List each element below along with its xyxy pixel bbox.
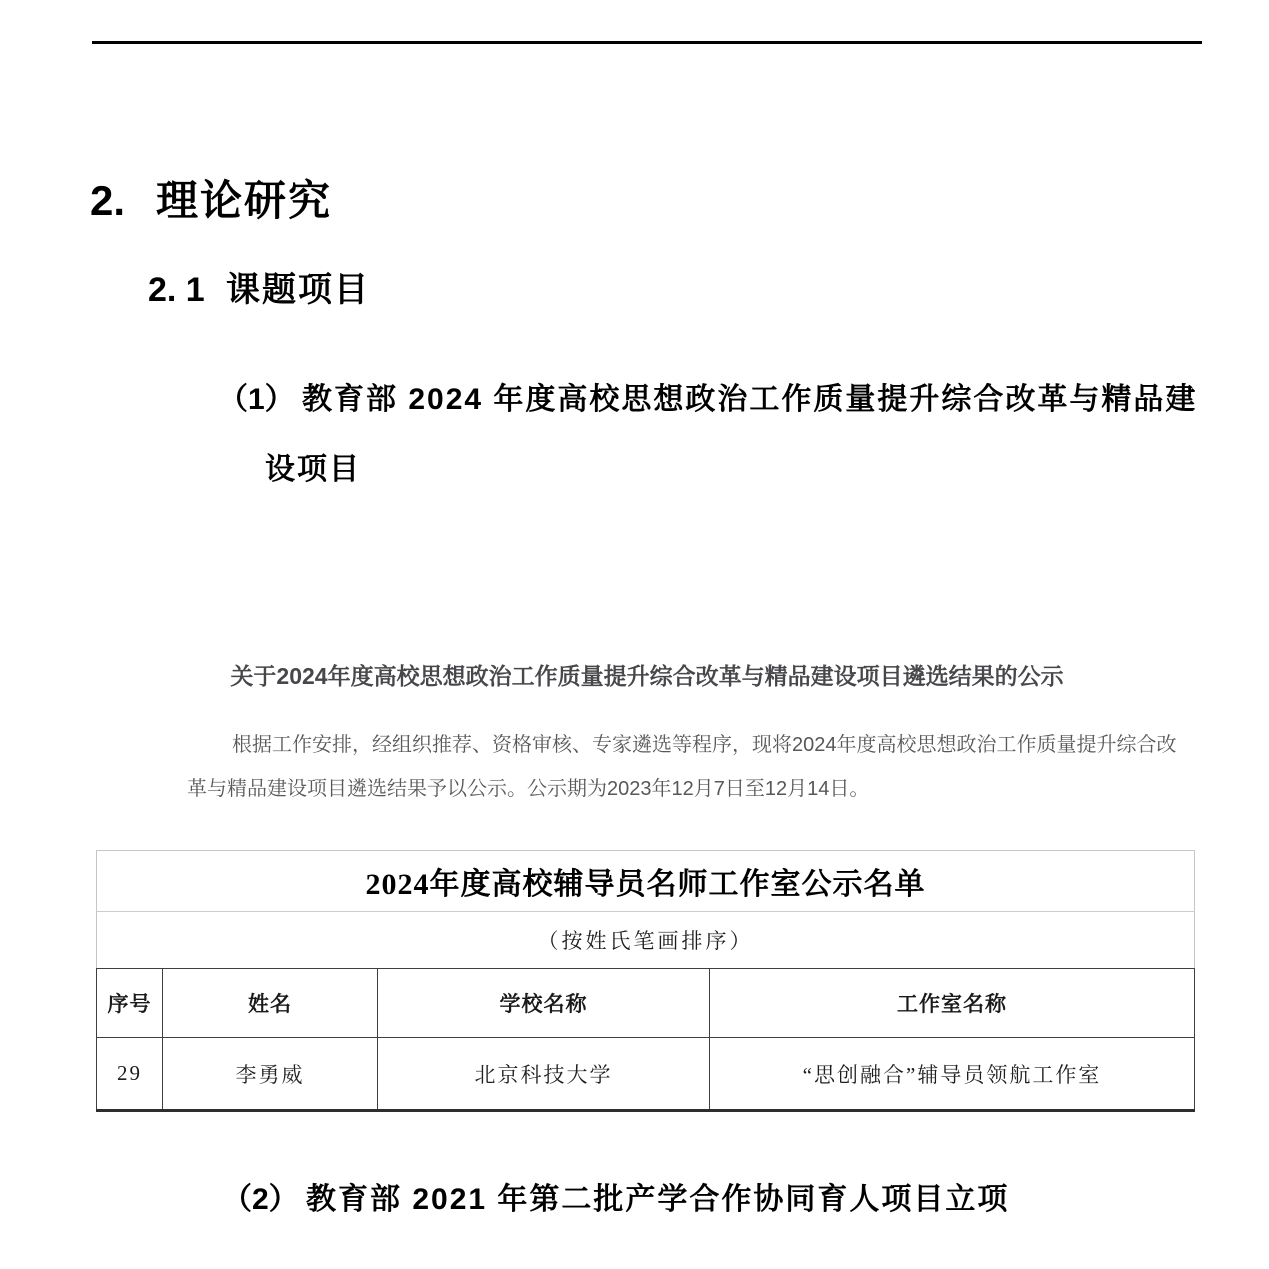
table-header-name: 姓名 [163, 969, 378, 1038]
table-cell-index: 29 [97, 1038, 163, 1111]
table-header-studio: 工作室名称 [710, 969, 1195, 1038]
announcement-body-line2: 革与精品建设项目遴选结果予以公示。公示期为2023年12月7日至12月14日。 [187, 767, 1177, 811]
section-title: 理论研究 [156, 177, 332, 224]
subsection-number: 2. 1 [148, 271, 226, 310]
table-subtitle: （按姓氏笔画排序） [96, 911, 1195, 968]
table-header-index: 序号 [97, 969, 163, 1038]
table-row: 29 李勇威 北京科技大学 “思创融合”辅导员领航工作室 [97, 1038, 1195, 1111]
table-cell-school: 北京科技大学 [378, 1038, 710, 1111]
list-item-1-line2: 设项目 [218, 435, 1197, 505]
list-item-2-text: 教育部 2021 年第二批产学合作协同育人项目立项 [306, 1183, 1009, 1216]
list-item-1-line1: （1）教育部 2024 年度高校思想政治工作质量提升综合改革与精品建 [218, 365, 1197, 435]
table-cell-name: 李勇威 [163, 1038, 378, 1111]
table-header-school: 学校名称 [378, 969, 710, 1038]
announcement-body: 根据工作安排，经组织推荐、资格审核、专家遴选等程序，现将2024年度高校思想政治… [187, 723, 1177, 811]
announcement-body-line1: 根据工作安排，经组织推荐、资格审核、专家遴选等程序，现将2024年度高校思想政治… [187, 723, 1177, 767]
document-page: 2.理论研究 2. 1课题项目 （1）教育部 2024 年度高校思想政治工作质量… [0, 0, 1269, 1269]
header-rule [92, 41, 1202, 44]
section-number: 2. [90, 177, 156, 225]
announcement-table: 2024年度高校辅导员名师工作室公示名单 （按姓氏笔画排序） 序号 姓名 学校名… [96, 850, 1195, 1112]
list-item-2-marker: （2） [222, 1165, 306, 1235]
announcement-title: 关于2024年度高校思想政治工作质量提升综合改革与精品建设项目遴选结果的公示 [92, 658, 1202, 691]
section-heading: 2.理论研究 [90, 168, 332, 228]
table-cell-studio: “思创融合”辅导员领航工作室 [710, 1038, 1195, 1111]
table-title: 2024年度高校辅导员名师工作室公示名单 [96, 850, 1195, 911]
list-item-2-heading: （2）教育部 2021 年第二批产学合作协同育人项目立项 [222, 1165, 1009, 1235]
subsection-title: 课题项目 [226, 271, 370, 309]
list-item-1-marker: （1） [218, 365, 302, 435]
list-item-1-heading: （1）教育部 2024 年度高校思想政治工作质量提升综合改革与精品建 设项目 [218, 365, 1197, 505]
table-header-row: 序号 姓名 学校名称 工作室名称 [97, 969, 1195, 1038]
list-item-1-text: 教育部 2024 年度高校思想政治工作质量提升综合改革与精品建 [302, 383, 1197, 416]
subsection-heading: 2. 1课题项目 [148, 262, 370, 311]
table-grid: 序号 姓名 学校名称 工作室名称 29 李勇威 北京科技大学 “思创融合”辅导员… [96, 968, 1195, 1112]
